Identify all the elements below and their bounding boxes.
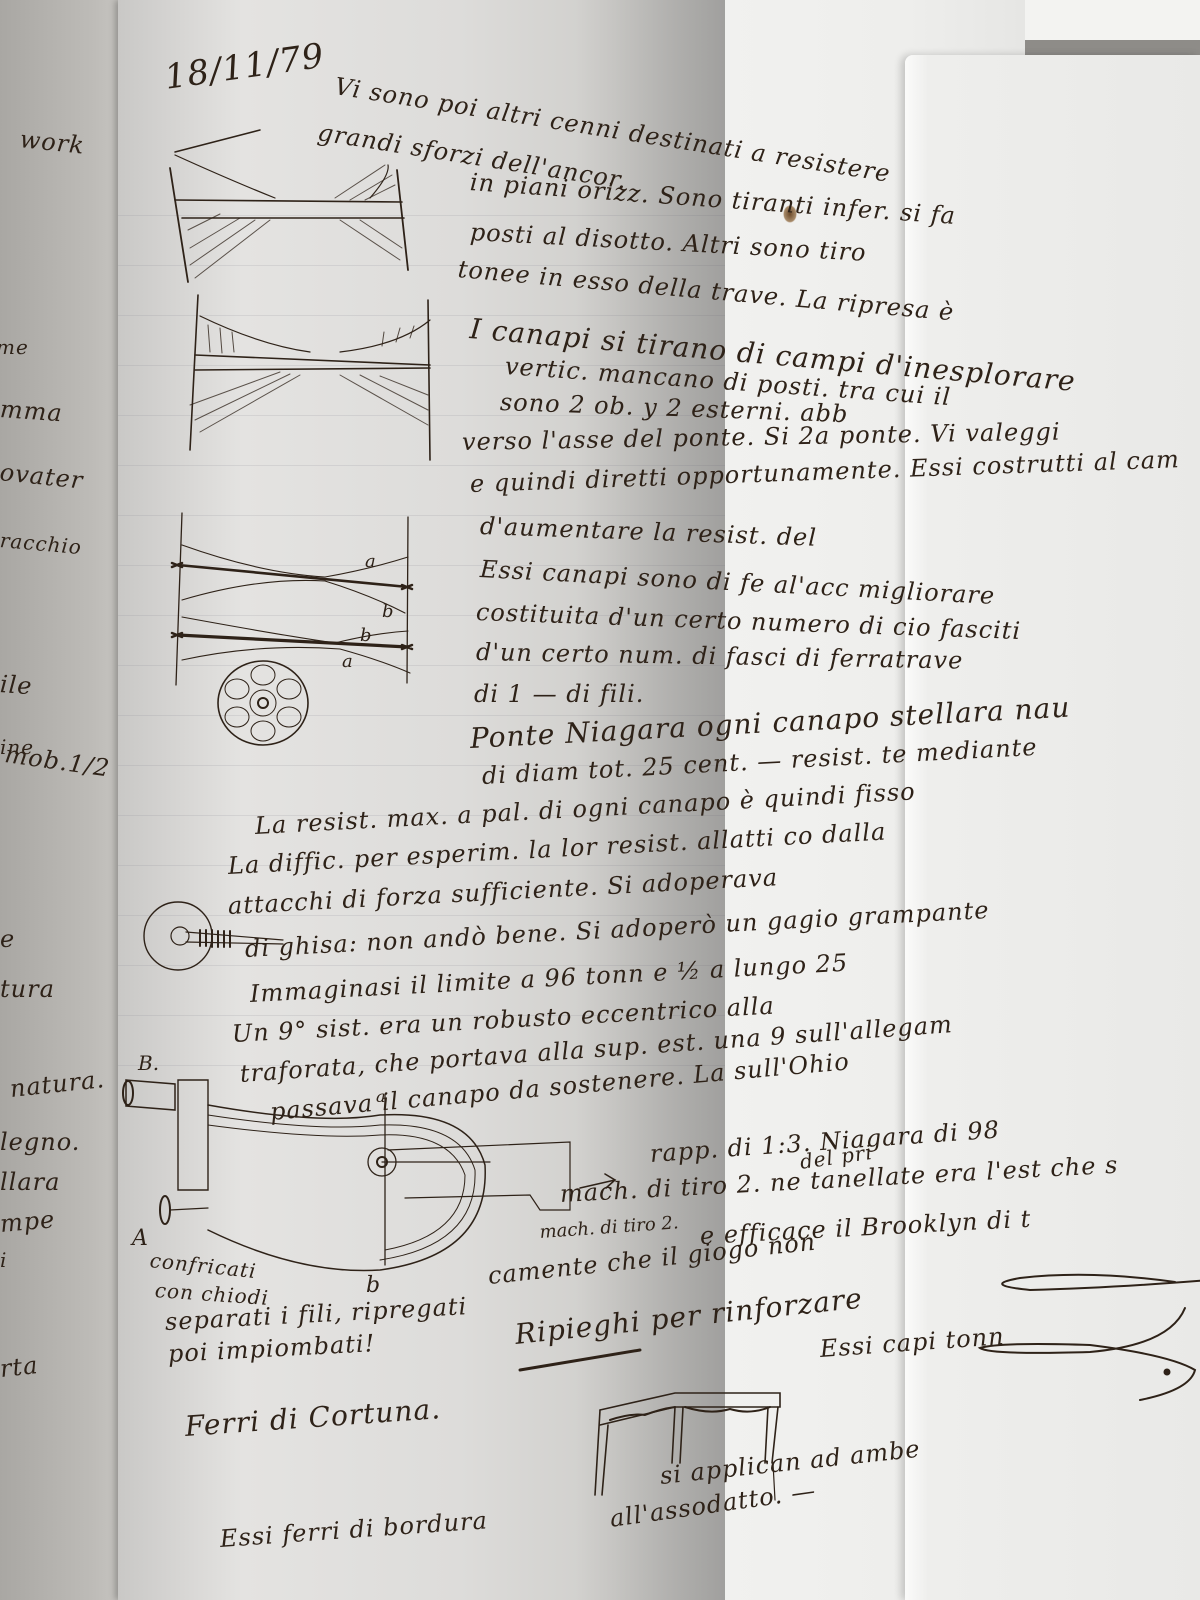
margin-fragment: work (19, 125, 87, 160)
margin-fragment: me (0, 335, 29, 359)
label-a: a (342, 651, 353, 672)
margin-fragment: mob.1/2 (3, 740, 112, 782)
signature-flourish (970, 1270, 1200, 1430)
margin-fragment: ile (0, 670, 33, 700)
margin-fragment: natura. (9, 1065, 107, 1103)
label-b: b (360, 625, 372, 646)
sketch-cable-section (215, 655, 315, 755)
back-page-left: work me mma ovater racchio ile ine mob.1… (0, 0, 130, 1600)
margin-fragment: rta (0, 1351, 40, 1383)
margin-fragment: mma (0, 395, 64, 427)
label-b: b (366, 1273, 380, 1298)
sketch-anchorage-1 (160, 120, 460, 460)
label-a: a (365, 551, 376, 572)
sketch-portal-frame (590, 1385, 790, 1515)
margin-fragment: e (0, 925, 15, 953)
text-line: di 1 — di fili. (474, 680, 644, 708)
label-a: a (376, 1087, 386, 1106)
margin-fragment: legno. (0, 1128, 80, 1156)
label-B: B. (137, 1051, 159, 1075)
label-b: b (382, 601, 394, 622)
heading-underline (515, 1340, 665, 1380)
margin-fragment: tura (0, 975, 55, 1003)
margin-fragment: racchio (0, 528, 83, 559)
label-A: A (130, 1226, 148, 1251)
margin-fragment: ovater (0, 458, 85, 495)
margin-fragment: llara (0, 1168, 60, 1196)
sketch-threaded-bolt (138, 900, 298, 980)
margin-fragment: mpe (0, 1205, 56, 1238)
margin-fragment: i (0, 1248, 7, 1272)
